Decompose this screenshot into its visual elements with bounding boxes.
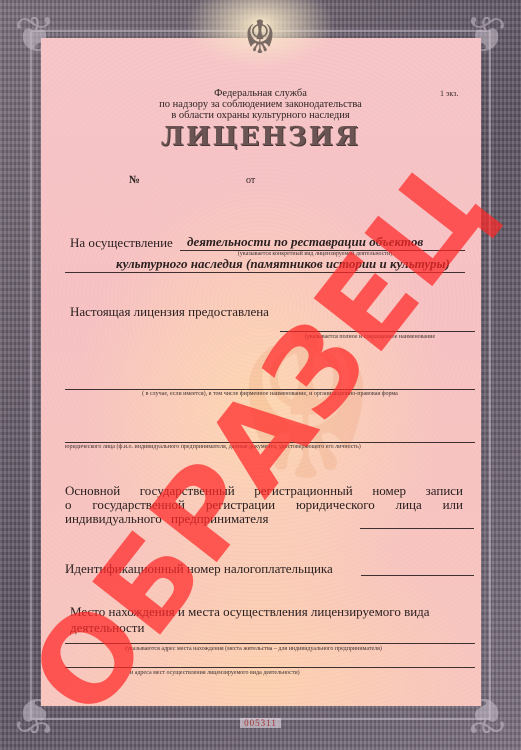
agency-line-3: в области охраны культурного наследия bbox=[0, 110, 521, 122]
license-number-label: № bbox=[129, 174, 140, 186]
granted-to-label: Настоящая лицензия предоставлена bbox=[70, 304, 269, 320]
serial-number: 005311 bbox=[0, 718, 521, 728]
serial-number-text: 005311 bbox=[240, 718, 281, 728]
document-title: ЛИЦЕНЗИЯ bbox=[0, 122, 521, 152]
license-date-label: от bbox=[246, 175, 255, 186]
copy-note: 1 экз. bbox=[440, 89, 458, 98]
ogrn-field-line[interactable] bbox=[360, 528, 474, 529]
inn-field-line[interactable] bbox=[361, 575, 474, 576]
coat-of-arms-icon: ☬ bbox=[232, 8, 288, 68]
activity-label: На осуществление bbox=[70, 235, 173, 251]
